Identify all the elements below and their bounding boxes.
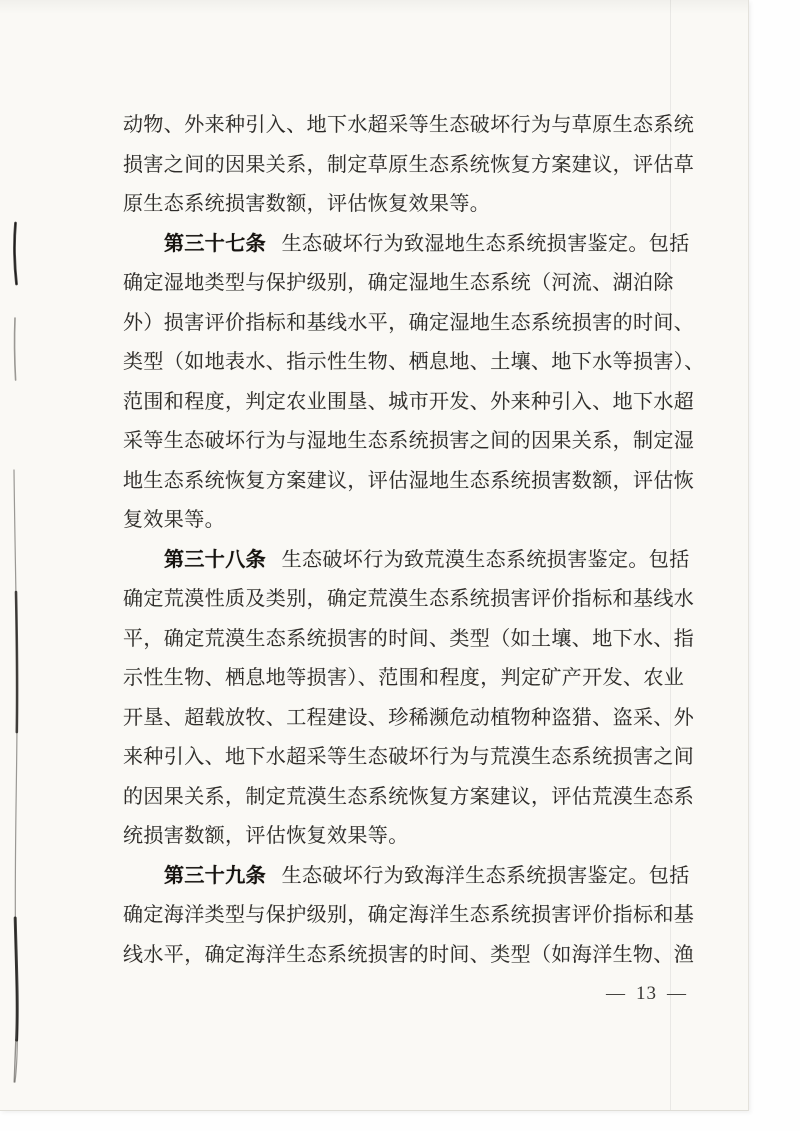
page-number: —13— (606, 983, 687, 1005)
scan-artifact-left-edge (0, 0, 48, 1110)
body-line: 开垦、超载放牧、工程建设、珍稀濒危动植物种盗猎、盗采、外 (123, 699, 705, 739)
body-line: 类型（如地表水、指示性生物、栖息地、土壤、地下水等损害）、 (123, 343, 705, 383)
body-line: 平，确定荒漠生态系统损害的时间、类型（如土壤、地下水、指 (123, 620, 705, 660)
article-37-heading-line: 第三十七条生态破坏行为致湿地生态系统损害鉴定。包括 (123, 225, 705, 265)
body-line: 的因果关系，制定荒漠生态系统恢复方案建议，评估荒漠生态系 (123, 778, 705, 818)
article-39-heading-line: 第三十九条生态破坏行为致海洋生态系统损害鉴定。包括 (123, 857, 705, 897)
body-line: 确定湿地类型与保护级别，确定湿地生态系统（河流、湖泊除 (123, 264, 705, 304)
body-line: 动物、外来种引入、地下水超采等生态破坏行为与草原生态系统 (123, 106, 705, 146)
article-38-number: 第三十八条 (164, 549, 266, 571)
body-line: 确定海洋类型与保护级别，确定海洋生态系统损害评价指标和基 (123, 896, 705, 936)
article-39-number: 第三十九条 (164, 865, 266, 887)
article-38-heading-line: 第三十八条生态破坏行为致荒漠生态系统损害鉴定。包括 (123, 541, 705, 581)
body-line: 示性生物、栖息地等损害）、范围和程度，判定矿产开发、农业 (123, 659, 705, 699)
page-number-right-dash: — (667, 983, 687, 1004)
scan-top-shade (0, 0, 748, 14)
body-line: 来种引入、地下水超采等生态破坏行为与荒漠生态系统损害之间 (123, 738, 705, 778)
article-38-first-line-text: 生态破坏行为致荒漠生态系统损害鉴定。包括 (282, 549, 690, 571)
body-line: 统损害数额，评估恢复效果等。 (123, 817, 705, 857)
page-number-left-dash: — (606, 983, 626, 1004)
body-line: 采等生态破坏行为与湿地生态系统损害之间的因果关系，制定湿 (123, 422, 705, 462)
article-39-first-line-text: 生态破坏行为致海洋生态系统损害鉴定。包括 (282, 865, 690, 887)
body-line: 损害之间的因果关系，制定草原生态系统恢复方案建议，评估草 (123, 146, 705, 186)
article-37-number: 第三十七条 (164, 233, 266, 255)
body-line: 范围和程度，判定农业围垦、城市开发、外来种引入、地下水超 (123, 383, 705, 423)
body-line: 地生态系统恢复方案建议，评估湿地生态系统损害数额，评估恢 (123, 462, 705, 502)
body-line: 线水平，确定海洋生态系统损害的时间、类型（如海洋生物、渔 (123, 936, 705, 976)
body-line: 外）损害评价指标和基线水平，确定湿地生态系统损害的时间、 (123, 304, 705, 344)
page-number-value: 13 (636, 983, 657, 1004)
paper-sheet: 动物、外来种引入、地下水超采等生态破坏行为与草原生态系统 损害之间的因果关系，制… (0, 0, 749, 1111)
document-body: 动物、外来种引入、地下水超采等生态破坏行为与草原生态系统 损害之间的因果关系，制… (123, 106, 705, 975)
article-37-first-line-text: 生态破坏行为致湿地生态系统损害鉴定。包括 (282, 233, 690, 255)
body-line: 确定荒漠性质及类别，确定荒漠生态系统损害评价指标和基线水 (123, 580, 705, 620)
body-line: 原生态系统损害数额，评估恢复效果等。 (123, 185, 705, 225)
body-line: 复效果等。 (123, 501, 705, 541)
